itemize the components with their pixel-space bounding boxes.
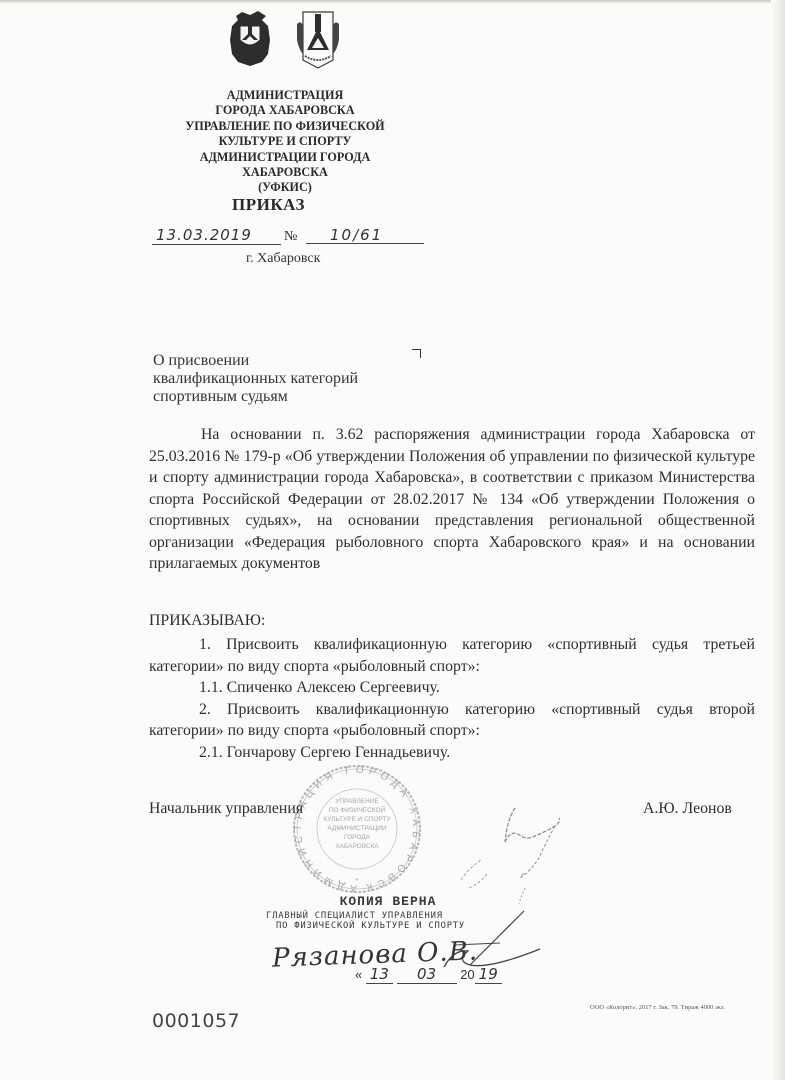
order-subitem: 2.1. Гончарову Сергею Геннадьевичу. <box>149 742 755 764</box>
preamble-paragraph: На основании п. 3.62 распоряжения админи… <box>149 424 755 575</box>
header-line: АДМИНИСТРАЦИИ ГОРОДА <box>165 150 405 165</box>
subject-line: квалификационных категорий <box>153 370 358 388</box>
order-item: 2. Присвоить квалификационную категорию … <box>149 699 755 742</box>
document-serial-number: 0001057 <box>152 1010 240 1032</box>
khabarovsk-krai-coat-of-arms-icon <box>295 10 341 70</box>
header-line: АДМИНИСТРАЦИЯ <box>165 88 405 103</box>
organization-header: АДМИНИСТРАЦИЯ ГОРОДА ХАБАРОВСКА УПРАВЛЕН… <box>165 88 405 196</box>
order-date: 13.03.2019 <box>152 226 281 245</box>
handwritten-signature <box>455 780 615 910</box>
official-round-stamp: АДМИНИСТРАЦИЯ ГОРОДА ХАБАРОВСКА УПРАВЛЕН… <box>287 763 427 893</box>
signatory-name: А.Ю. Леонов <box>643 800 732 818</box>
document-type-title: ПРИКАЗ <box>232 195 305 215</box>
subject-line: спортивным судьям <box>153 388 358 406</box>
order-date-number-line: 13.03.2019 № 10/61 <box>150 226 425 250</box>
date-open-quote: « <box>355 967 362 982</box>
header-line: (УФКИС) <box>165 180 405 195</box>
header-line: ХАБАРОВСКА <box>165 165 405 180</box>
scan-right-edge <box>771 0 785 1080</box>
khabarovsk-city-coat-of-arms-icon <box>228 10 272 68</box>
issue-city: г. Хабаровск <box>246 251 320 267</box>
stamp-inner-line: ПО ФИЗИЧЕСКОЙ <box>329 805 386 814</box>
order-subject: О присвоении квалификационных категорий … <box>153 352 358 406</box>
printer-imprint: ООО «Колорит». 2017 г. Зак. 79. Тираж 40… <box>590 1004 725 1011</box>
header-line: КУЛЬТУРЕ И СПОРТУ <box>165 134 405 149</box>
certification-day: 13 <box>366 965 393 984</box>
stamp-inner-line: КУЛЬТУРЕ И СПОРТУ <box>323 816 391 823</box>
subject-corner-mark <box>412 349 421 358</box>
subject-line: О присвоении <box>153 352 358 370</box>
header-line: УПРАВЛЕНИЕ ПО ФИЗИЧЕСКОЙ <box>165 119 405 134</box>
signatory-title: Начальник управления <box>149 800 303 818</box>
stamp-inner-line: ГОРОДА <box>344 834 371 841</box>
orders-list: 1. Присвоить квалификационную категорию … <box>149 634 755 764</box>
order-subitem: 1.1. Спиченко Алексею Сергеевичу. <box>149 677 755 699</box>
orders-heading: ПРИКАЗЫВАЮ: <box>149 612 265 630</box>
header-line: ГОРОДА ХАБАРОВСКА <box>165 103 405 118</box>
order-number: 10/61 <box>306 226 424 244</box>
stamp-inner-line: УПРАВЛЕНИЕ <box>335 798 379 805</box>
certifier-signature <box>440 905 550 980</box>
stamp-inner-line: АДМИНИСТРАЦИИ <box>327 825 387 832</box>
svg-text:*: * <box>355 877 359 885</box>
number-sign: № <box>284 229 297 245</box>
order-item: 1. Присвоить квалификационную категорию … <box>149 634 755 677</box>
stamp-inner-line: ХАБАРОВСКА <box>335 843 379 850</box>
scan-top-edge <box>0 0 785 4</box>
